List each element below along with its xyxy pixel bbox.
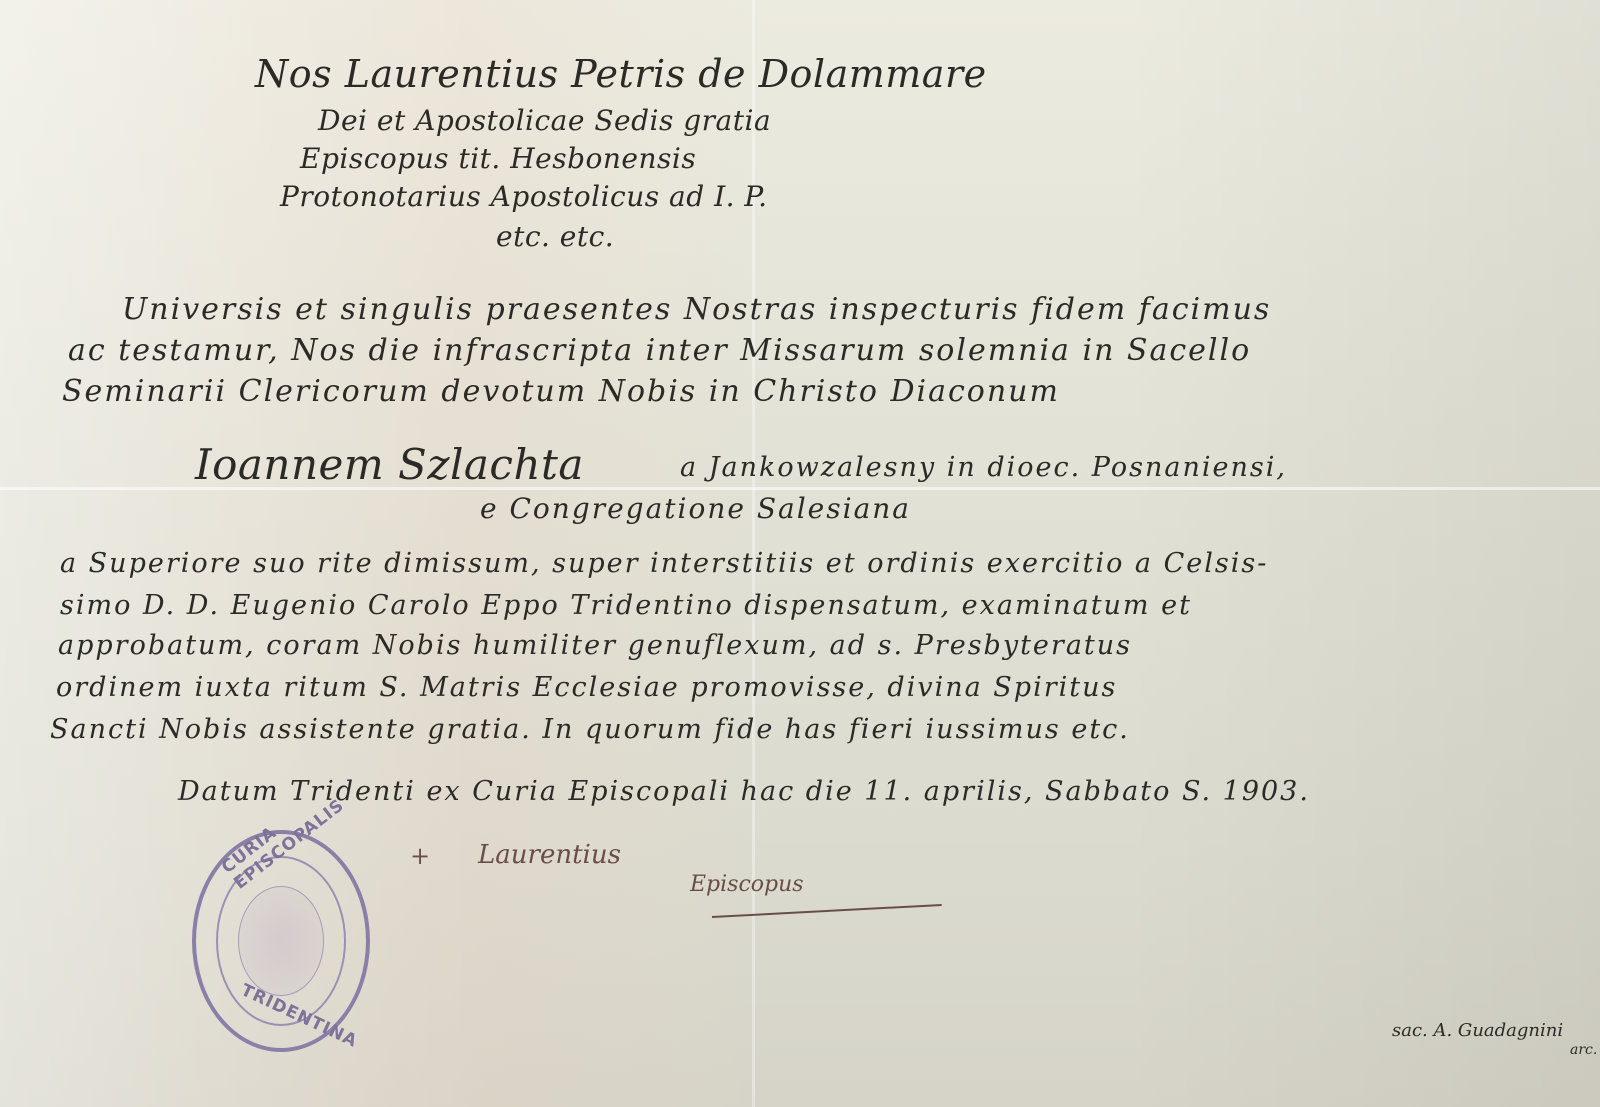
countersignature-suffix: arc. xyxy=(1570,1042,1597,1058)
ordinand-origin: a Jankowzalesny in dioec. Posnaniensi, xyxy=(680,452,1287,483)
body-paragraph2-line4: ordinem iuxta ritum S. Matris Ecclesiae … xyxy=(56,672,1117,703)
header-line-bishop-title: Episcopus tit. Hesbonensis xyxy=(300,142,696,175)
body-paragraph2-line5: Sancti Nobis assistente gratia. In quoru… xyxy=(50,714,1130,745)
body-paragraph1-line2: ac testamur, Nos die infrascripta inter … xyxy=(68,333,1251,368)
header-line-issuer: Nos Laurentius Petris de Dolammare xyxy=(255,52,987,96)
body-paragraph2-line3: approbatum, coram Nobis humiliter genufl… xyxy=(58,630,1132,661)
signature-name: Laurentius xyxy=(478,840,621,870)
countersignature-name: sac. A. Guadagnini xyxy=(1392,1020,1563,1041)
body-paragraph2-line2: simo D. D. Eugenio Carolo Eppo Tridentin… xyxy=(60,590,1192,621)
signature-cross: + xyxy=(410,842,430,870)
episcopal-seal-stamp: CURIA EPISCOPALIS TRIDENTINA xyxy=(192,830,370,1052)
header-line-etc: etc. etc. xyxy=(496,220,614,253)
ordinand-congregation: e Congregatione Salesiana xyxy=(480,492,911,525)
body-paragraph1-line3: Seminarii Clericorum devotum Nobis in Ch… xyxy=(62,374,1060,409)
signature-title: Episcopus xyxy=(690,872,804,897)
seal-emblem xyxy=(238,886,324,996)
header-line-protonotary: Protonotarius Apostolicus ad I. P. xyxy=(280,180,768,213)
body-paragraph1-line1: Universis et singulis praesentes Nostras… xyxy=(122,292,1271,327)
body-paragraph2-line1: a Superiore suo rite dimissum, super int… xyxy=(60,548,1268,579)
header-line-grace: Dei et Apostolicae Sedis gratia xyxy=(318,104,771,137)
ordinand-name: Ioannem Szlachta xyxy=(195,440,584,489)
